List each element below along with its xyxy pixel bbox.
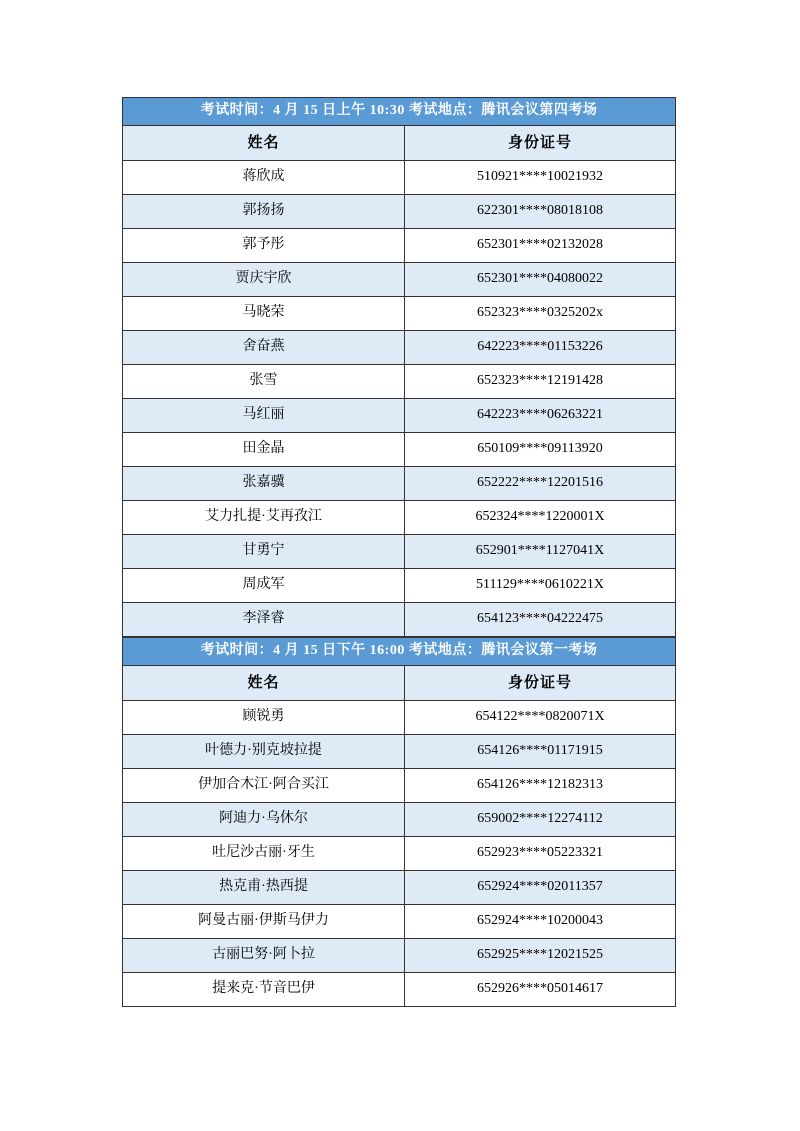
id-number-cell: 652222****12201516: [405, 467, 676, 501]
id-number-cell: 650109****09113920: [405, 433, 676, 467]
table-row: 马红丽642223****06263221: [123, 399, 676, 433]
table-row: 舍奋燕642223****01153226: [123, 331, 676, 365]
name-cell: 马晓荣: [123, 297, 405, 331]
table-row: 叶德力·别克坡拉提654126****01171915: [123, 735, 676, 769]
name-cell: 马红丽: [123, 399, 405, 433]
id-number-cell: 652323****12191428: [405, 365, 676, 399]
name-cell: 舍奋燕: [123, 331, 405, 365]
id-number-cell: 642223****01153226: [405, 331, 676, 365]
table-body: 顾锐勇654122****0820071X叶德力·别克坡拉提654126****…: [123, 701, 676, 1007]
document-page: 考试时间：4 月 15 日上午 10:30 考试地点：腾讯会议第四考场 姓名 身…: [0, 0, 800, 1131]
id-number-cell: 652324****1220001X: [405, 501, 676, 535]
name-cell: 阿曼古丽·伊斯马伊力: [123, 905, 405, 939]
table-row: 贾庆宇欣652301****04080022: [123, 263, 676, 297]
table-row: 阿曼古丽·伊斯马伊力652924****10200043: [123, 905, 676, 939]
name-cell: 田金晶: [123, 433, 405, 467]
table-row: 顾锐勇654122****0820071X: [123, 701, 676, 735]
name-cell: 蒋欣成: [123, 161, 405, 195]
name-cell: 提来克·节音巴伊: [123, 973, 405, 1007]
id-number-cell: 654126****01171915: [405, 735, 676, 769]
name-cell: 甘勇宁: [123, 535, 405, 569]
name-cell: 张雪: [123, 365, 405, 399]
table-head-section: 考试时间：4 月 15 日上午 10:30 考试地点：腾讯会议第四考场 姓名 身…: [123, 98, 676, 161]
name-cell: 贾庆宇欣: [123, 263, 405, 297]
table-row: 李泽睿654123****04222475: [123, 603, 676, 637]
table-row: 伊加合木江·阿合买江654126****12182313: [123, 769, 676, 803]
name-cell: 张嘉骥: [123, 467, 405, 501]
name-cell: 叶德力·别克坡拉提: [123, 735, 405, 769]
column-header-name: 姓名: [123, 666, 405, 701]
id-number-cell: 510921****10021932: [405, 161, 676, 195]
exam-schedule-tables: 考试时间：4 月 15 日上午 10:30 考试地点：腾讯会议第四考场 姓名 身…: [122, 97, 675, 1007]
id-number-cell: 652301****02132028: [405, 229, 676, 263]
column-header-name: 姓名: [123, 126, 405, 161]
id-number-cell: 652901****1127041X: [405, 535, 676, 569]
name-cell: 古丽巴努·阿卜拉: [123, 939, 405, 973]
column-header-row: 姓名 身份证号: [123, 126, 676, 161]
table-row: 蒋欣成510921****10021932: [123, 161, 676, 195]
name-cell: 伊加合木江·阿合买江: [123, 769, 405, 803]
table-row: 艾力扎提·艾再孜江652324****1220001X: [123, 501, 676, 535]
name-cell: 阿迪力·乌休尔: [123, 803, 405, 837]
table-row: 古丽巴努·阿卜拉652925****12021525: [123, 939, 676, 973]
id-number-cell: 652924****02011357: [405, 871, 676, 905]
id-number-cell: 654126****12182313: [405, 769, 676, 803]
name-cell: 李泽睿: [123, 603, 405, 637]
session-header-row: 考试时间：4 月 15 日上午 10:30 考试地点：腾讯会议第四考场: [123, 98, 676, 126]
id-number-cell: 642223****06263221: [405, 399, 676, 433]
session-header-text: 考试时间：4 月 15 日上午 10:30 考试地点：腾讯会议第四考场: [123, 98, 676, 126]
id-number-cell: 652924****10200043: [405, 905, 676, 939]
session-header-text: 考试时间：4 月 15 日下午 16:00 考试地点：腾讯会议第一考场: [123, 638, 676, 666]
table-row: 阿迪力·乌休尔659002****12274112: [123, 803, 676, 837]
table-row: 马晓荣652323****0325202x: [123, 297, 676, 331]
id-number-cell: 652925****12021525: [405, 939, 676, 973]
name-cell: 周成军: [123, 569, 405, 603]
name-cell: 顾锐勇: [123, 701, 405, 735]
table-row: 田金晶650109****09113920: [123, 433, 676, 467]
exam-session-table-morning: 考试时间：4 月 15 日上午 10:30 考试地点：腾讯会议第四考场 姓名 身…: [122, 97, 676, 637]
id-number-cell: 622301****08018108: [405, 195, 676, 229]
column-header-id-number: 身份证号: [405, 126, 676, 161]
table-row: 甘勇宁652901****1127041X: [123, 535, 676, 569]
table-row: 张雪652323****12191428: [123, 365, 676, 399]
name-cell: 热克甫·热西提: [123, 871, 405, 905]
id-number-cell: 652323****0325202x: [405, 297, 676, 331]
table-row: 郭扬扬622301****08018108: [123, 195, 676, 229]
table-row: 周成军511129****0610221X: [123, 569, 676, 603]
id-number-cell: 654122****0820071X: [405, 701, 676, 735]
table-row: 热克甫·热西提652924****02011357: [123, 871, 676, 905]
exam-session-table-afternoon: 考试时间：4 月 15 日下午 16:00 考试地点：腾讯会议第一考场 姓名 身…: [122, 637, 676, 1007]
table-row: 郭予彤652301****02132028: [123, 229, 676, 263]
session-header-row: 考试时间：4 月 15 日下午 16:00 考试地点：腾讯会议第一考场: [123, 638, 676, 666]
name-cell: 吐尼沙古丽·牙生: [123, 837, 405, 871]
id-number-cell: 659002****12274112: [405, 803, 676, 837]
column-header-row: 姓名 身份证号: [123, 666, 676, 701]
table-head-section: 考试时间：4 月 15 日下午 16:00 考试地点：腾讯会议第一考场 姓名 身…: [123, 638, 676, 701]
name-cell: 艾力扎提·艾再孜江: [123, 501, 405, 535]
name-cell: 郭扬扬: [123, 195, 405, 229]
table-row: 张嘉骥652222****12201516: [123, 467, 676, 501]
name-cell: 郭予彤: [123, 229, 405, 263]
table-row: 吐尼沙古丽·牙生652923****05223321: [123, 837, 676, 871]
table-body: 蒋欣成510921****10021932郭扬扬622301****080181…: [123, 161, 676, 637]
table-row: 提来克·节音巴伊652926****05014617: [123, 973, 676, 1007]
column-header-id-number: 身份证号: [405, 666, 676, 701]
id-number-cell: 654123****04222475: [405, 603, 676, 637]
id-number-cell: 652923****05223321: [405, 837, 676, 871]
id-number-cell: 511129****0610221X: [405, 569, 676, 603]
id-number-cell: 652926****05014617: [405, 973, 676, 1007]
id-number-cell: 652301****04080022: [405, 263, 676, 297]
